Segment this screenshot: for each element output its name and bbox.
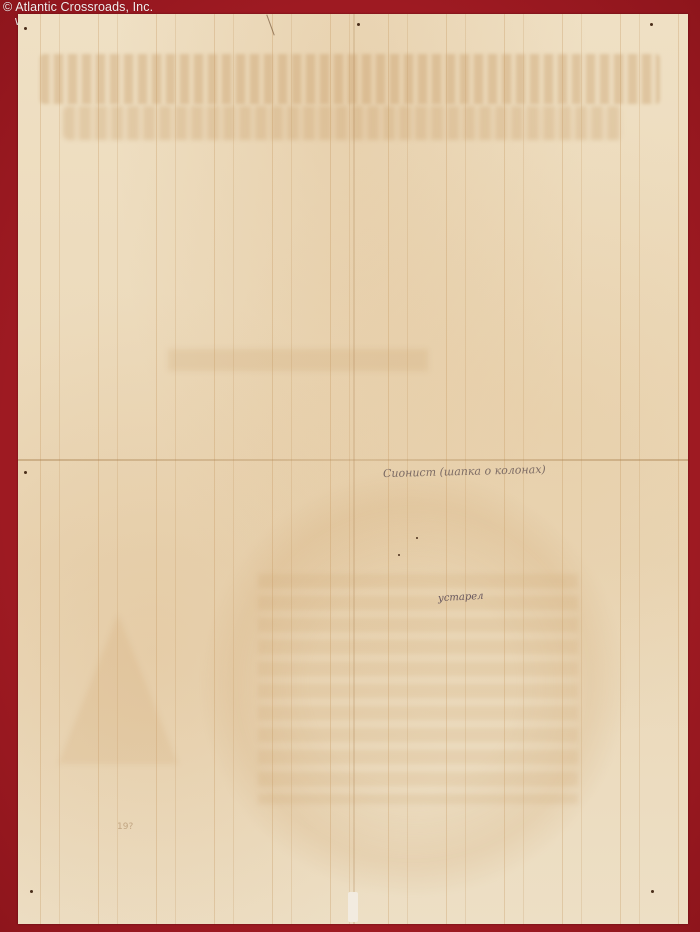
pin-hole: [357, 23, 360, 26]
bleed-through-text-block: [258, 574, 578, 804]
pin-hole: [650, 23, 653, 26]
bleed-through-subtitle: [63, 106, 623, 140]
bleed-through-band: [168, 349, 428, 371]
pin-hole: [30, 890, 33, 893]
bleed-through-title: [40, 54, 660, 104]
vertical-fold-line: [353, 14, 355, 924]
foxing-spot: [398, 554, 400, 556]
foxing-spot: [416, 537, 418, 539]
bottom-edge-tear: [348, 892, 358, 922]
watermark-copyright: © Atlantic Crossroads, Inc.: [3, 0, 153, 14]
pin-hole: [24, 471, 27, 474]
page-mark: 19?: [117, 822, 133, 832]
poster-reverse-sheet: [18, 14, 688, 924]
bleed-through-triangle: [58, 614, 178, 764]
pin-hole: [651, 890, 654, 893]
pin-hole: [24, 27, 27, 30]
